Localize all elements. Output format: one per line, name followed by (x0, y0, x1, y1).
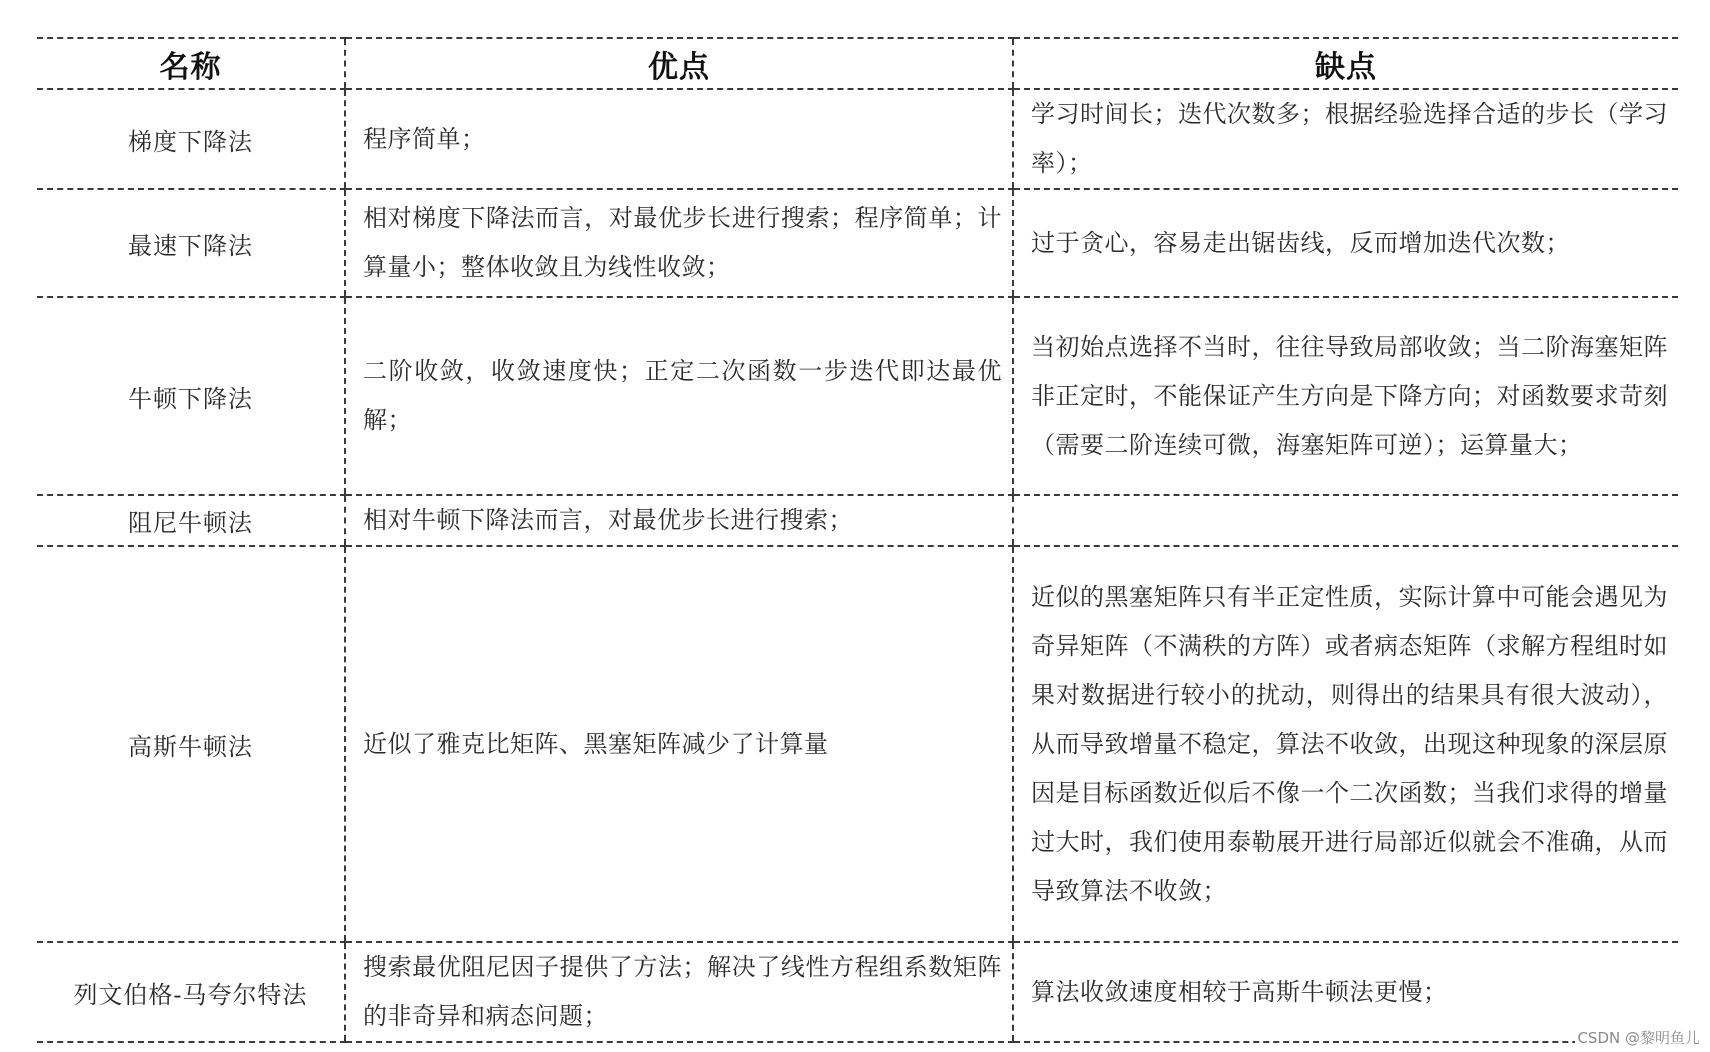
method-cons: 近似的黑塞矩阵只有半正定性质，实际计算中可能会遇见为奇异矩阵（不满秩的方阵）或者… (1013, 546, 1678, 942)
method-name: 阻尼牛顿法 (37, 495, 345, 546)
method-pros: 相对牛顿下降法而言，对最优步长进行搜索； (345, 495, 1013, 546)
method-pros: 相对梯度下降法而言，对最优步长进行搜索；程序简单；计算量小；整体收敛且为线性收敛… (345, 189, 1013, 297)
method-name: 梯度下降法 (37, 89, 345, 189)
method-pros: 搜索最优阻尼因子提供了方法；解决了线性方程组系数矩阵的非奇异和病态问题； (345, 942, 1013, 1042)
method-pros: 近似了雅克比矩阵、黑塞矩阵减少了计算量 (345, 546, 1013, 942)
method-pros: 程序简单； (345, 89, 1013, 189)
table-row: 最速下降法 相对梯度下降法而言，对最优步长进行搜索；程序简单；计算量小；整体收敛… (37, 189, 1678, 297)
method-name: 最速下降法 (37, 189, 345, 297)
table-row: 列文伯格-马夸尔特法 搜索最优阻尼因子提供了方法；解决了线性方程组系数矩阵的非奇… (37, 942, 1678, 1042)
header-name: 名称 (37, 38, 345, 89)
header-row: 名称 优点 缺点 (37, 38, 1678, 89)
header-pros: 优点 (345, 38, 1013, 89)
table-row: 高斯牛顿法 近似了雅克比矩阵、黑塞矩阵减少了计算量 近似的黑塞矩阵只有半正定性质… (37, 546, 1678, 942)
comparison-table: 名称 优点 缺点 梯度下降法 程序简单； 学习时间长；迭代次数多；根据经验选择合… (37, 37, 1678, 1043)
header-cons: 缺点 (1013, 38, 1678, 89)
table-row: 牛顿下降法 二阶收敛，收敛速度快；正定二次函数一步迭代即达最优解； 当初始点选择… (37, 297, 1678, 495)
table-row: 梯度下降法 程序简单； 学习时间长；迭代次数多；根据经验选择合适的步长（学习率）… (37, 89, 1678, 189)
method-cons: 学习时间长；迭代次数多；根据经验选择合适的步长（学习率）； (1013, 89, 1678, 189)
method-name: 列文伯格-马夸尔特法 (37, 942, 345, 1042)
method-cons: 当初始点选择不当时，往往导致局部收敛；当二阶海塞矩阵非正定时，不能保证产生方向是… (1013, 297, 1678, 495)
method-name: 牛顿下降法 (37, 297, 345, 495)
watermark: CSDN @黎明鱼儿 (1575, 1027, 1702, 1048)
method-cons (1013, 495, 1678, 546)
method-name: 高斯牛顿法 (37, 546, 345, 942)
method-pros: 二阶收敛，收敛速度快；正定二次函数一步迭代即达最优解； (345, 297, 1013, 495)
table-row: 阻尼牛顿法 相对牛顿下降法而言，对最优步长进行搜索； (37, 495, 1678, 546)
method-cons: 过于贪心，容易走出锯齿线，反而增加迭代次数； (1013, 189, 1678, 297)
